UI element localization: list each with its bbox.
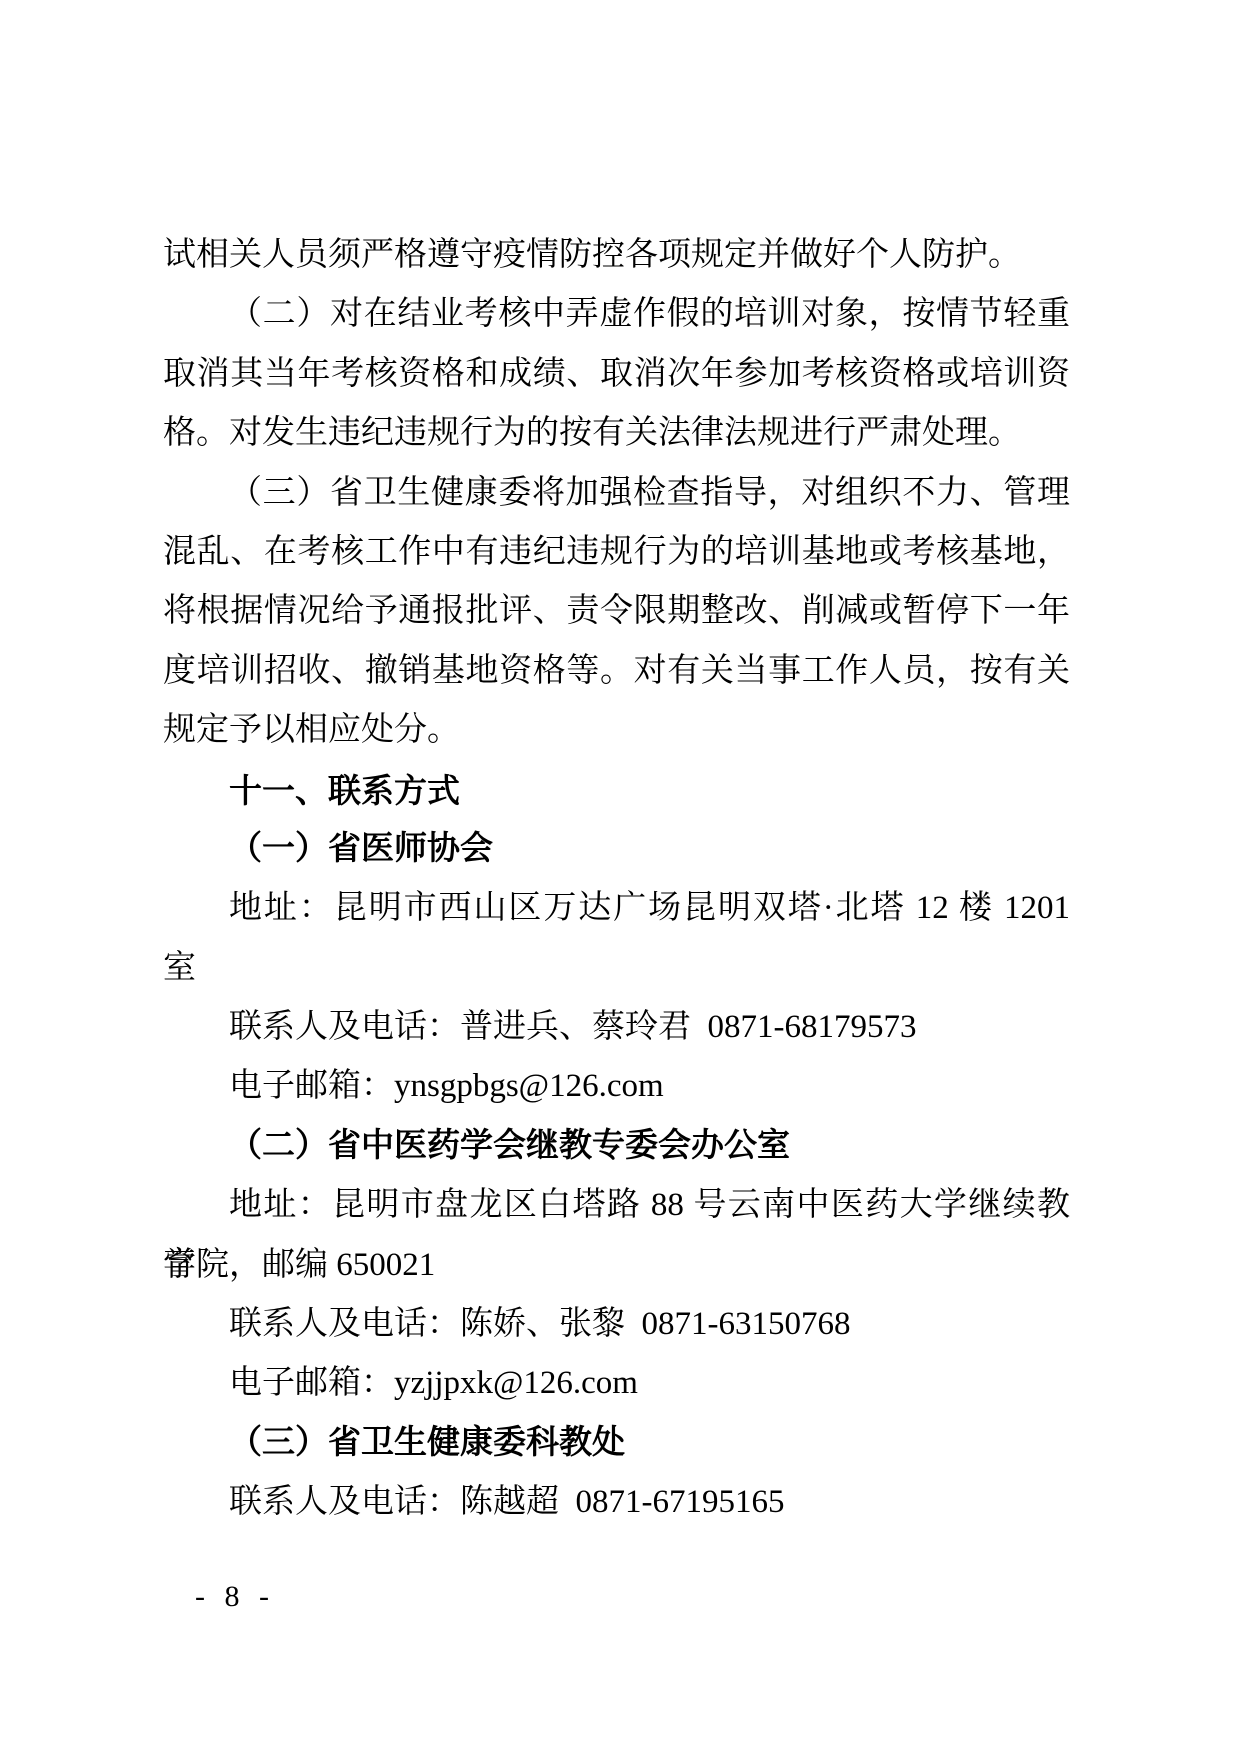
- body-text-line: 格。对发生违纪违规行为的按有关法律法规进行严肃处理。: [163, 404, 1070, 463]
- body-text-line: （二）对在结业考核中弄虚作假的培训对象，按情节轻重: [163, 285, 1070, 344]
- body-text-line: 试相关人员须严格遵守疫情防控各项规定并做好个人防护。: [163, 226, 1070, 285]
- subsection-heading: （三）省卫生健康委科教处: [163, 1414, 1070, 1473]
- body-text-line: 规定予以相应处分。: [163, 701, 1070, 760]
- body-text-line: 将根据情况给予通报批评、责令限期整改、削减或暂停下一年: [163, 582, 1070, 641]
- page-number: - 8 -: [195, 1580, 275, 1614]
- body-text-line: 电子邮箱：ynsgpbgs@126.com: [163, 1057, 1070, 1116]
- body-text-line: 联系人及电话：普进兵、蔡玲君 0871-68179573: [163, 998, 1070, 1057]
- body-text-line: 联系人及电话：陈娇、张黎 0871-63150768: [163, 1295, 1070, 1354]
- subsection-heading: （一）省医师协会: [163, 820, 1070, 879]
- body-text-line: 地址：昆明市盘龙区白塔路 88 号云南中医药大学继续教育: [163, 1176, 1070, 1235]
- body-text-line: （三）省卫生健康委将加强检查指导，对组织不力、管理: [163, 464, 1070, 523]
- body-text-line: 取消其当年考核资格和成绩、取消次年参加考核资格或培训资: [163, 345, 1070, 404]
- body-text-line: 地址：昆明市西山区万达广场昆明双塔·北塔 12 楼 1201: [163, 879, 1070, 938]
- subsection-heading: （二）省中医药学会继教专委会办公室: [163, 1117, 1070, 1176]
- body-text-line: 度培训招收、撤销基地资格等。对有关当事工作人员，按有关: [163, 642, 1070, 701]
- document-body: 试相关人员须严格遵守疫情防控各项规定并做好个人防护。（二）对在结业考核中弄虚作假…: [163, 226, 1070, 1533]
- body-text-line: 联系人及电话：陈越超 0871-67195165: [163, 1473, 1070, 1532]
- section-heading: 十一、联系方式: [163, 761, 1070, 820]
- body-text-line: 电子邮箱：yzjjpxk@126.com: [163, 1354, 1070, 1413]
- document-page: 试相关人员须严格遵守疫情防控各项规定并做好个人防护。（二）对在结业考核中弄虚作假…: [0, 0, 1241, 1754]
- body-text-line: 混乱、在考核工作中有违纪违规行为的培训基地或考核基地，: [163, 523, 1070, 582]
- body-text-line: 学院，邮编 650021: [163, 1236, 1070, 1295]
- body-text-line: 室: [163, 939, 1070, 998]
